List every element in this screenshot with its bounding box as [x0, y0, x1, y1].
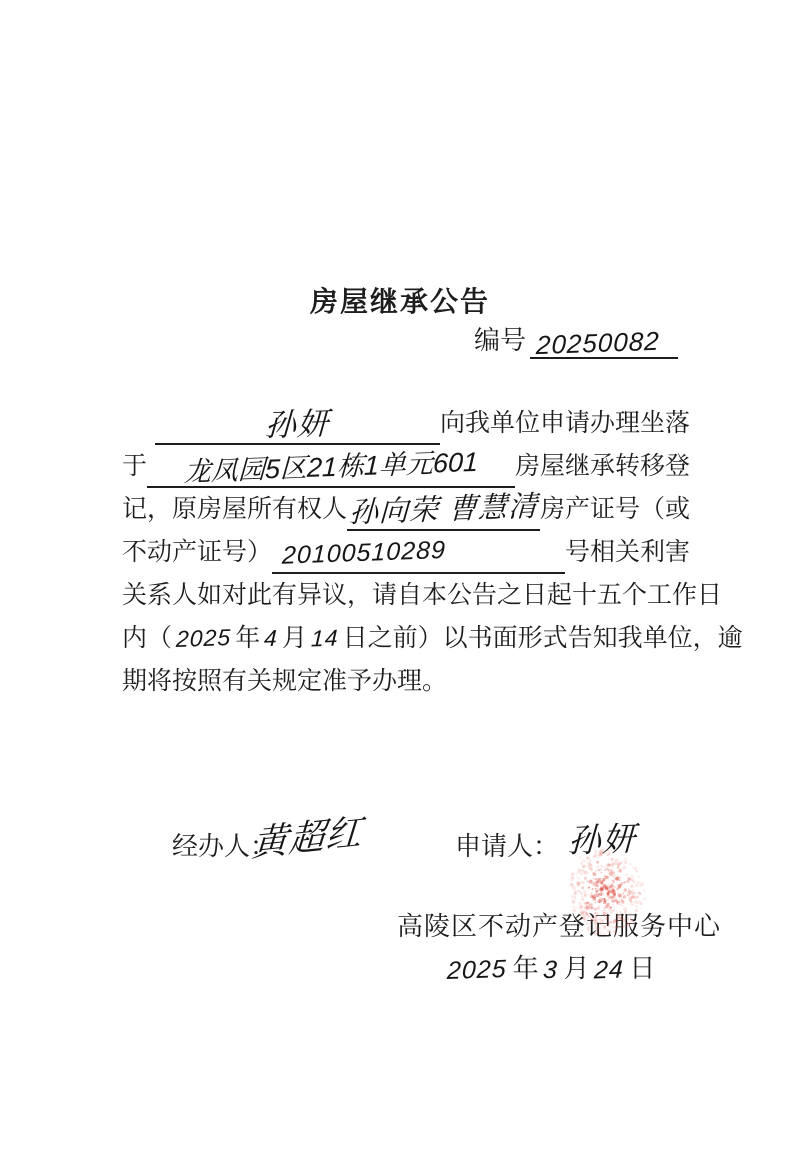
number-value-handwritten: 20250082	[529, 326, 660, 362]
organization-name: 高陵区不动产登记服务中心	[397, 906, 721, 943]
body-line-1: 孙妍 向我单位申请办理坐落	[122, 402, 690, 445]
body-text: 内（	[122, 617, 172, 660]
notice-body: 孙妍 向我单位申请办理坐落 于 龙凤园5区21栋1单元601 房屋继承转移登 记…	[122, 402, 690, 703]
applicant-name-handwritten: 孙妍	[265, 402, 330, 447]
body-text: 不动产证号）	[122, 531, 272, 574]
certificate-number-handwritten: 20100510289	[271, 529, 446, 578]
month-char: 月	[282, 617, 307, 660]
handler-signature-handwritten: 黄超红	[250, 804, 364, 867]
applicant-name-blank: 孙妍	[155, 404, 440, 445]
deadline-day-handwritten: 14	[310, 616, 339, 660]
body-text: 关系人如对此有异议，请自本公告之日起十五个工作日	[122, 574, 722, 617]
document-page: 房屋继承公告 编号 20250082 孙妍 向我单位申请办理坐落 于 龙凤园5区…	[0, 0, 800, 1154]
date-line: 2025 年 3 月 24 日	[447, 948, 659, 985]
property-address-handwritten: 龙凤园5区21栋1单元601	[183, 441, 478, 494]
property-address-blank: 龙凤园5区21栋1单元601	[147, 447, 515, 488]
document-number-row: 编号 20250082	[474, 320, 678, 359]
date-year-handwritten: 2025	[447, 955, 508, 986]
applicant-signature-handwritten: 孙妍	[567, 813, 637, 862]
number-label: 编号	[474, 320, 526, 359]
deadline-year-handwritten: 2025	[175, 616, 232, 661]
certificate-number-blank: 20100510289	[272, 533, 565, 574]
body-line-4: 不动产证号） 20100510289 号相关利害	[122, 531, 690, 574]
body-line-5: 关系人如对此有异议，请自本公告之日起十五个工作日	[122, 574, 690, 617]
body-line-2: 于 龙凤园5区21栋1单元601 房屋继承转移登	[122, 445, 690, 488]
body-text: 于	[122, 445, 147, 488]
year-char: 年	[235, 617, 260, 660]
date-month-handwritten: 3	[542, 956, 558, 986]
date-month-char: 月	[564, 948, 590, 985]
original-owners-blank: 孙向荣 曹慧清	[347, 490, 540, 531]
body-text: 记，原房屋所有权人	[122, 488, 347, 531]
body-text: 房产证号（或	[540, 488, 690, 531]
deadline-month-handwritten: 4	[263, 617, 278, 661]
document-title: 房屋继承公告	[0, 280, 800, 320]
body-text: 日之前）以书面形式告知我单位，逾	[343, 617, 743, 660]
body-text: 期将按照有关规定准予办理。	[122, 660, 447, 703]
body-text: 向我单位申请办理坐落	[440, 402, 690, 445]
body-text: 房屋继承转移登	[515, 445, 690, 488]
date-day-char: 日	[629, 948, 655, 985]
number-blank-line: 20250082	[530, 328, 678, 359]
body-line-7: 期将按照有关规定准予办理。	[122, 660, 690, 703]
date-day-handwritten: 24	[593, 955, 624, 985]
date-year-char: 年	[513, 948, 539, 985]
applicant-label: 申请人：	[455, 826, 559, 863]
body-line-6: 内（ 2025 年 4 月 14 日之前）以书面形式告知我单位，逾	[122, 617, 690, 660]
original-owners-handwritten: 孙向荣 曹慧清	[348, 486, 538, 536]
body-line-3: 记，原房屋所有权人 孙向荣 曹慧清 房产证号（或	[122, 488, 690, 531]
body-text: 号相关利害	[565, 531, 690, 574]
